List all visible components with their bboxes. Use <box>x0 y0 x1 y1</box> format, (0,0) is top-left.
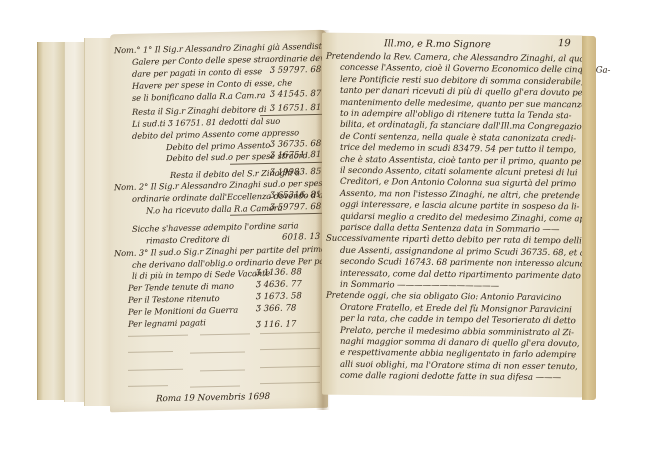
petition-line: tanto per danari ricevuti di più di quel… <box>340 87 587 98</box>
petition-line: quidarsi meglio a credito del medesimo Z… <box>340 212 588 223</box>
petition-line: alli suoi oblighi, ma l'Oratore stima di… <box>340 361 578 372</box>
blank-line-stroke <box>128 369 183 371</box>
ledger-line: Per legnami pagati <box>128 318 206 328</box>
ledger-amount: Ʒ 1673. 58 <box>256 292 302 302</box>
ledger-amount: Ʒ 41545. 87 <box>270 90 321 100</box>
ledger-line: Per le Monitioni da Guerra <box>128 306 238 317</box>
ledger-line: rimasto Creditore di <box>146 235 230 245</box>
ledger-line: debito del primo Assento come appresso <box>132 128 299 140</box>
ledger-amount: Ʒ 65316. 81 <box>270 191 321 201</box>
ledger-amount: Ʒ 366. 78 <box>256 304 296 313</box>
petition-line: Creditori, e Don Antonio Colonna sua sig… <box>340 178 576 189</box>
blank-line-stroke <box>200 369 245 371</box>
ledger-line: che derivano dall'oblig.o ordinario deve… <box>132 256 342 269</box>
petition-line: trice del medemo in scudi 83479. 54 per … <box>340 144 576 155</box>
ledger-line: Resta il Sig.r Zinaghi debitore di <box>132 105 266 116</box>
ledger-amount: Ʒ 116. 17 <box>256 320 296 329</box>
ledger-line: Debito del primo Assento <box>166 141 270 151</box>
petition-line: Prelato, perche il medesimo abbia sommin… <box>340 326 574 337</box>
petition-line: per la rata, che cadde in tempo del Teso… <box>340 315 576 326</box>
petition-line: e respettivamente abbia negligentato in … <box>340 349 576 360</box>
blank-line-stroke <box>260 332 320 334</box>
ledger-amount: Ʒ 16751. 81 <box>270 151 321 161</box>
left-page-text: Nom.° 1° Il Sig.r Alessandro Zinaghi già… <box>110 30 328 413</box>
petition-title: Ill.mo, e R.mo Signore <box>384 39 491 50</box>
ledger-amount: Ʒ 59797. 68 <box>270 203 321 213</box>
blank-line-stroke <box>260 348 320 350</box>
book-leaf-edge <box>84 38 113 406</box>
petition-line: to in adempire all'obligo di ritenere tu… <box>340 110 571 121</box>
right-page: 19 Ill.mo, e R.mo Signore Pretendendo la… <box>322 33 584 398</box>
blank-line-stroke <box>260 366 320 368</box>
blank-line-stroke <box>190 386 240 388</box>
ledger-amount: Ʒ 1136. 88 <box>256 268 302 278</box>
manuscript-photo: Nom.° 1° Il Sig.r Alessandro Zinaghi già… <box>0 0 650 451</box>
petition-line: Pretende oggi, che sia obligato Gio: Ant… <box>326 292 561 303</box>
petition-line: naghi maggior somma di danaro di quello … <box>340 338 579 349</box>
petition-line: concesse l'Assento, cioè il Governo Econ… <box>340 64 610 75</box>
ledger-amount: Ʒ 59797. 68 <box>270 66 321 76</box>
ledger-line: se li bonificano dalla R.a Cam.ra <box>132 91 265 102</box>
petition-line: lere Pontificie resti suo debitore di so… <box>340 76 583 87</box>
petition-line: parisce dalla detta Sentenza data in Som… <box>340 224 559 235</box>
petition-line: secondo Scudi 16743. 68 parimente non in… <box>340 258 585 269</box>
blank-line-stroke <box>128 385 168 387</box>
page-number: 19 <box>558 39 571 49</box>
ledger-rule <box>260 114 322 116</box>
petition-line: come dalle ragioni dedotte fatte in sua … <box>340 372 561 383</box>
ledger-line: li di più in tempo di Sede Vacante <box>132 269 270 280</box>
petition-line: Oratore Fratello, et Erede del fù Monsig… <box>340 304 572 315</box>
petition-line: Assento, ma non l'istesso Zinaghi, ne al… <box>340 190 580 201</box>
petition-line: in Sommario ———————————— <box>340 281 499 291</box>
book-cover-edge <box>38 42 64 400</box>
petition-line: oggi interessare, e lascia alcune partit… <box>340 201 579 212</box>
left-page: Nom.° 1° Il Sig.r Alessandro Zinaghi già… <box>110 30 328 413</box>
ledger-line: Havere per spese in Conto di esse, che <box>132 78 292 90</box>
right-page-edge <box>582 36 596 400</box>
ledger-line: Galere per Conto delle spese straordinar… <box>132 54 330 66</box>
petition-line: de Conti sentenza, nella quale è stata c… <box>340 133 576 144</box>
petition-line: mantenimento delle medesime, quanto per … <box>340 98 586 109</box>
petition-line: Successivamente ripartì detto debito per… <box>326 235 582 246</box>
blank-line-stroke <box>128 335 188 337</box>
blank-line-stroke <box>260 382 320 384</box>
petition-line: due Assenti, assignandone al primo Scudi… <box>340 247 587 258</box>
blank-line-stroke <box>128 351 173 353</box>
ledger-amount: 6018. 13 <box>282 233 320 242</box>
ledger-line: dare per pagati in conto di esse <box>132 67 262 78</box>
ledger-rule <box>230 162 326 165</box>
blank-line-stroke <box>200 333 250 335</box>
book-leaf-edge <box>64 42 85 402</box>
ledger-line: Per Tende tenute di mano <box>128 282 234 293</box>
ledger-line: Li sud.ti Ʒ 16751. 81 dedotti dal suo <box>132 117 280 128</box>
blank-line-stroke <box>190 351 245 353</box>
ledger-amount: Ʒ 36735. 68 <box>270 140 321 150</box>
ledger-line: Per il Testone ritenuto <box>128 294 220 304</box>
ledger-amount: Ʒ 4636. 77 <box>256 280 302 290</box>
petition-line: interessato, come dal detto ripartimento… <box>340 269 581 280</box>
ledger-amount: Ʒ 16751. 81 <box>270 104 321 114</box>
right-page-text: Pretendendo la Rev. Camera, che Alessand… <box>322 33 584 36</box>
date-line: Roma 19 Novembris 1698 <box>156 393 270 404</box>
petition-line: bilita, et ordinatagli, fa stanciare dal… <box>340 121 592 132</box>
ledger-line: Sicche s'havesse adempito l'ordine saria <box>132 221 299 233</box>
ledger-amount: Ʒ 19983. 85 <box>270 168 321 178</box>
petition-line: che è stato Assentista, cioè tanto per i… <box>340 155 585 166</box>
